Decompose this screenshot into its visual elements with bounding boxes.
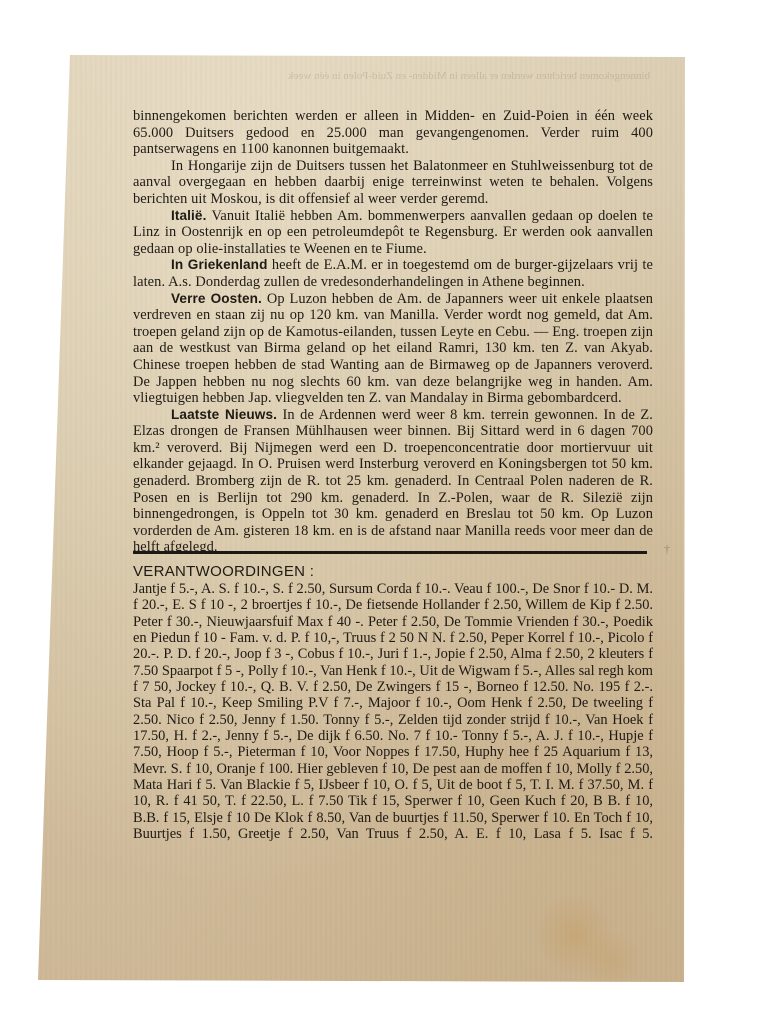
section-heading: Verre Oosten.: [171, 291, 262, 306]
section-heading: In Griekenland: [171, 257, 267, 272]
section-heading: Italië.: [171, 208, 206, 223]
paragraph-text: In Hongarije zijn de Duitsers tussen het…: [133, 158, 653, 207]
paragraph-text: Op Luzon hebben de Am. de Japanners weer…: [133, 291, 653, 407]
section-heading: Laatste Nieuws.: [171, 407, 277, 422]
photo-stage: binnengekomen berichten werden er alleen…: [0, 0, 768, 1024]
acknowledgements-list: Jantje f 5.-, A. S. f 10.-, S. f 2.50, S…: [133, 581, 653, 843]
news-paragraph-intro: binnengekomen berichten werden er alleen…: [133, 108, 653, 158]
paragraph-text: binnengekomen berichten werden er alleen…: [133, 108, 653, 157]
section-divider: [133, 551, 647, 554]
news-paragraph-griekenland: In Griekenland heeft de E.A.M. er in toe…: [133, 257, 653, 290]
paragraph-text: Vanuit Italië hebben Am. bommenwerpers a…: [133, 208, 653, 257]
news-column: binnengekomen berichten werden er alleen…: [133, 108, 653, 556]
paragraph-text: In de Ardennen werd weer 8 km. terrein g…: [133, 407, 653, 556]
margin-mark: †: [664, 542, 670, 557]
news-paragraph-italie: Italië. Vanuit Italië hebben Am. bommenw…: [133, 208, 653, 258]
news-paragraph-verre-oosten: Verre Oosten. Op Luzon hebben de Am. de …: [133, 291, 653, 407]
news-paragraph-laatste-nieuws: Laatste Nieuws. In de Ardennen werd weer…: [133, 407, 653, 556]
news-paragraph-hongarije: In Hongarije zijn de Duitsers tussen het…: [133, 158, 653, 208]
acknowledgements-heading: VERANTWOORDINGEN :: [133, 563, 314, 580]
bleed-through-text: binnengekomen berichten werden er alleen…: [150, 70, 650, 82]
